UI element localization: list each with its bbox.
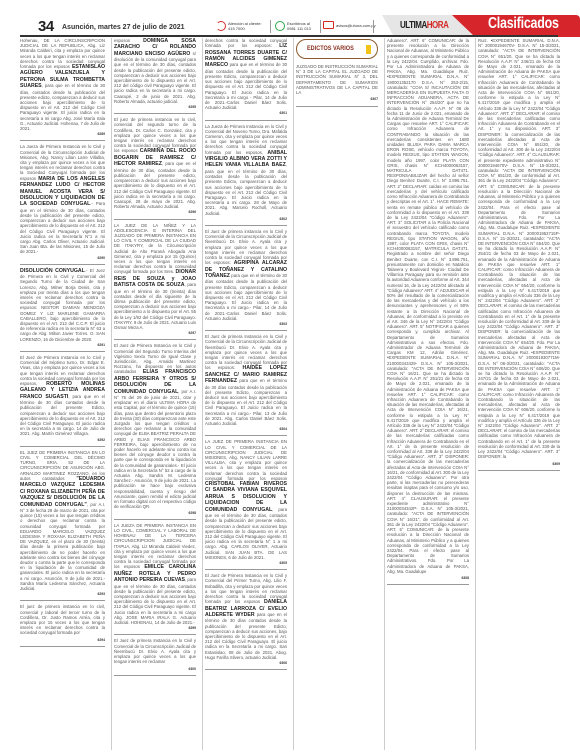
edict-text: , por A.I. N° 75 del 29 de junio de 2021… xyxy=(114,389,196,510)
whatsapp-icon xyxy=(275,21,285,31)
edict-notice: LA JUEZ DE LA NIÑEZ Y LA ADOLESCENCIA E … xyxy=(114,223,196,341)
edict-code: 6297 xyxy=(114,331,196,336)
edict-text: para que en el término de 30 días contad… xyxy=(205,378,287,426)
section-title: Clasificados xyxy=(488,15,559,33)
edict-code: 6306 xyxy=(205,661,287,666)
edict-notice: Hohenau, DE LA CIRCUNSCRIPCION JUDICIAL … xyxy=(20,38,105,141)
edict-notice: La Jueza de Primera Instancia en lo Civi… xyxy=(205,124,287,226)
column-1: Hohenau, DE LA CIRCUNSCRIPCION JUDICIAL … xyxy=(20,38,105,750)
page-number: 34 xyxy=(38,18,54,35)
edict-text: , para que en el término de 30 días, con… xyxy=(205,507,287,560)
edict-notice: LA JUEZA DE PRIMERA INSTANCIA EN LO CIVI… xyxy=(114,523,196,636)
brand-logo-part-a: ULTIMA xyxy=(400,20,427,31)
column-2: esposos DOMINGA SOSA ZARACHO C/ ROLANDO … xyxy=(111,38,196,750)
edict-text: , para que en el término de 30 días, con… xyxy=(205,162,287,215)
edict-code: 6294 xyxy=(20,638,105,643)
contact-whatsapp: Escríbinos al0981 111 013 xyxy=(275,21,311,31)
header-divider xyxy=(373,20,374,33)
edict-text: Aduanero". ART. 6° COMUNICAR: de la pres… xyxy=(387,38,469,574)
edict-parties: DISOLUCIÓN CONYUGAL xyxy=(20,268,85,274)
edict-notice: derechos contra la sociedad conyugal for… xyxy=(205,38,287,121)
column-5: Aduanero". ART. 6° COMUNICAR: de la pres… xyxy=(384,38,469,750)
edict-text: LA JUEZ DE PRIMERA INSTANCIA EN LO CIVIL… xyxy=(205,439,287,480)
edict-notice: Ruiz. •EXPEDIENTE SUMARIAL D.N.A. N° 200… xyxy=(478,38,560,471)
edict-notice: La Jueza de Primera Instancia en lo Civi… xyxy=(20,144,105,264)
flag-icon xyxy=(366,45,371,54)
edict-code: 6301 xyxy=(205,111,287,116)
edict-code: 6292 xyxy=(20,438,105,443)
brand-logo-part-b: HORA xyxy=(427,20,449,31)
edict-text: para que en el término de 30 días contad… xyxy=(205,273,287,321)
edict-text: .- Para que en el término de 30 días, co… xyxy=(20,201,105,254)
page-header: 34 Asunción, martes 27 de julio de 2021 … xyxy=(0,0,580,36)
edict-code: 6296 xyxy=(114,210,196,215)
edict-text: , para que en el término de 30 (treinta)… xyxy=(114,282,196,330)
edict-notice: El Juez de Primera Instancia en lo Civil… xyxy=(114,343,196,519)
page-date: Asunción, martes 27 de julio de 2021 xyxy=(62,24,185,31)
contact-email: avisos@uhora.com.py xyxy=(323,21,376,29)
edict-notice: El juez de primera instancia en lo civil… xyxy=(20,604,105,647)
edict-text: LA JUEZA DE PRIMERA INSTANCIA EN LO CIVI… xyxy=(114,523,196,570)
edict-code: 6300 xyxy=(114,667,196,672)
edict-notice: DISOLUCIÓN CONYUGAL.- El Juez de Primera… xyxy=(20,268,105,352)
edict-code: 6298 xyxy=(114,511,196,516)
edict-text: JUZGADO DE INSTRUCCIÓN SUMARIAL N° 3 DE … xyxy=(296,64,378,95)
column-6: Ruiz. •EXPEDIENTE SUMARIAL D.N.A. N° 200… xyxy=(475,38,560,750)
contact-whatsapp-value: 0981 111 013 xyxy=(287,26,311,31)
edict-code: 6305 xyxy=(205,561,287,566)
column-4: EDICTOS VARIOS JUZGADO DE INSTRUCCIÓN SU… xyxy=(293,38,378,750)
contact-email-value: avisos@uhora.com.py xyxy=(336,23,376,28)
edict-code: 6302 xyxy=(205,217,287,222)
edict-notice: El Juez de Primera Instancia en lo Civil… xyxy=(205,573,287,670)
edict-notice: El Juez de Primera Instancia en lo Civil… xyxy=(20,355,105,447)
header-divider xyxy=(320,20,321,33)
phone-icon xyxy=(216,21,226,31)
edict-notice: JUZGADO DE INSTRUCCIÓN SUMARIAL N° 3 DE … xyxy=(296,64,378,107)
edict-code: 6289 xyxy=(20,132,105,137)
edict-text: Ruiz. •EXPEDIENTE SUMARIAL D.N.A. N° 200… xyxy=(478,38,560,459)
edict-code: 6295 xyxy=(114,105,196,110)
section-header-title: EDICTOS VARIOS xyxy=(307,46,354,51)
edict-notice: Aduanero". ART. 6° COMUNICAR: de la pres… xyxy=(387,38,469,585)
edict-text: derechos contra la sociedad conyugal for… xyxy=(205,38,287,48)
edict-code: 6291 xyxy=(20,343,105,348)
edict-text: esposos xyxy=(114,38,130,43)
edict-notice: El Juez de primera Instancia en lo Civil… xyxy=(114,638,196,675)
edict-code: 6307 xyxy=(296,97,378,102)
edict-text: para que en el término de 30 días contad… xyxy=(205,612,287,660)
edict-notice: El juez de primera instancia en lo civil… xyxy=(114,117,196,219)
edict-code: 6303 xyxy=(205,322,287,327)
edict-code: 6308 xyxy=(387,576,469,581)
edict-text: , por A.I. N° 3 de fecha 29 de marzo de … xyxy=(20,502,105,591)
column-3: derechos contra la sociedad conyugal for… xyxy=(202,38,287,750)
header-divider xyxy=(270,20,271,33)
edict-notice: El Juez de primera Instancia en lo Civil… xyxy=(205,334,287,436)
edict-text: LA JUEZ DE LA NIÑEZ Y LA ADOLESCENCIA E … xyxy=(114,223,196,275)
edict-text: , para que en el término de 30 días cont… xyxy=(20,394,105,437)
edict-code: 6304 xyxy=(205,427,287,432)
edict-text: El juez de primera instancia en lo civil… xyxy=(20,604,105,635)
edict-text: s/ disolución de la comunidad conyugal p… xyxy=(114,51,196,104)
edict-notice: LA JUEZ DE PRIMERA INSTANCIA EN LO CIVIL… xyxy=(205,439,287,570)
edict-text: , para que en el término de 30 días, con… xyxy=(114,577,196,625)
edict-text: para que en el término de 30 días contad… xyxy=(205,62,287,110)
edict-text: , para que en el término de 30 días, con… xyxy=(20,83,105,131)
edict-notice: El Juez de primera instancia en lo Civil… xyxy=(205,229,287,331)
edict-code: 6309 xyxy=(478,462,560,467)
classifieds-columns: Hohenau, DE LA CIRCUNSCRIPCION JUDICIAL … xyxy=(20,38,560,750)
contact-phone: Atención al cliente:415 7000 xyxy=(216,21,262,31)
mail-icon xyxy=(323,21,334,29)
contact-phone-value: 415 7000 xyxy=(228,26,245,31)
edict-code: 6293 xyxy=(20,592,105,597)
edict-text: El Juez de primera Instancia en lo Civil… xyxy=(114,638,196,664)
edict-text: .- El Juez de Primera en lo Civil y Come… xyxy=(20,268,105,342)
edict-code: 6299 xyxy=(114,626,196,631)
edict-text: , para que en el término de 30 días, con… xyxy=(114,161,196,209)
edict-notice: EL JUEZ DE PRIMERA INSTANCIA EN LO CIVIL… xyxy=(20,450,105,602)
header-rule xyxy=(20,35,558,37)
edict-code: 6290 xyxy=(20,256,105,261)
brand-logo: ULTIMAHORA xyxy=(400,20,448,31)
edict-notice: esposos DOMINGA SOSA ZARACHO C/ ROLANDO … xyxy=(114,38,196,114)
section-header-edictos-varios: EDICTOS VARIOS xyxy=(296,39,378,59)
